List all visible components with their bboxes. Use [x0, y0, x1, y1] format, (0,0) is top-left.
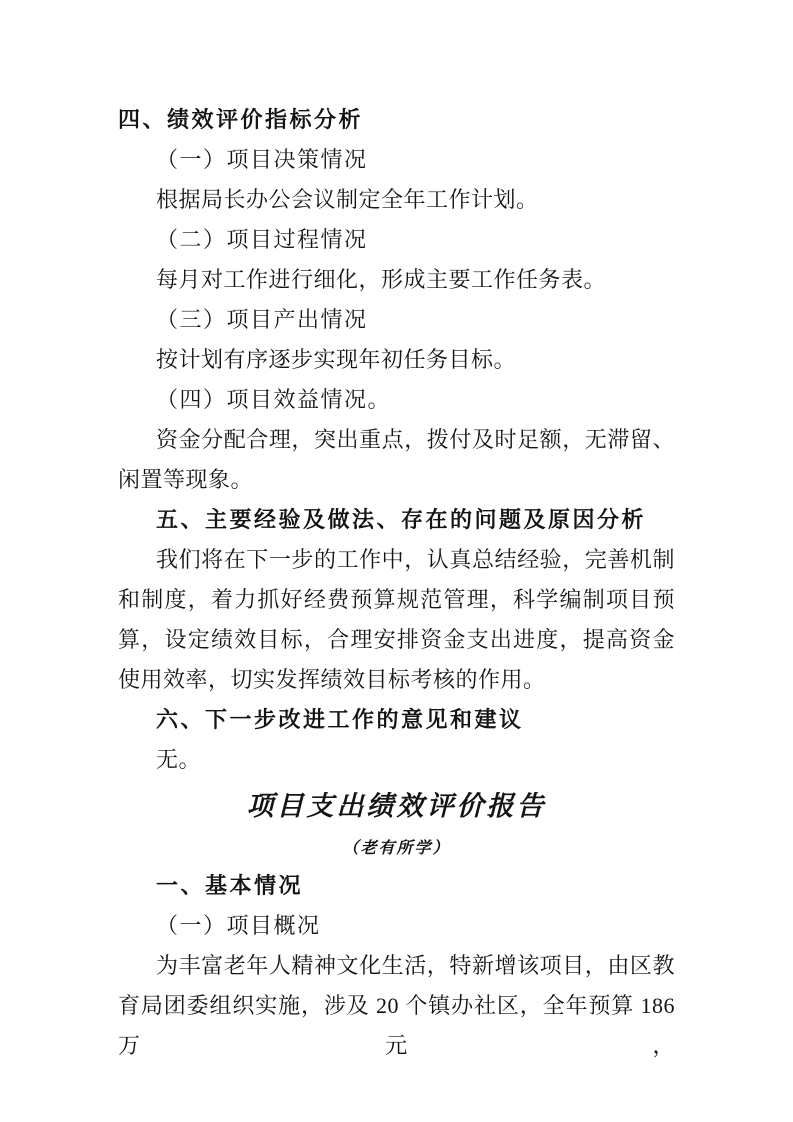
report-title: 项目支出绩效评价报告: [118, 780, 675, 832]
body-paragraph-decision-detail: 根据局长办公会议制定全年工作计划。: [118, 180, 675, 220]
body-paragraph-overview-detail: 为丰富老年人精神文化生活，特新增该项目，由区教育局团委组织实施，涉及 20 个镇…: [118, 946, 675, 1066]
report-subtitle: （老有所学）: [118, 832, 675, 866]
section-heading-performance-indicator-analysis: 四、绩效评价指标分析: [118, 100, 675, 140]
body-paragraph-experience-detail: 我们将在下一步的工作中，认真总结经验，完善机制和制度，着力抓好经费预算规范管理，…: [118, 540, 675, 700]
subheading-project-overview: （一）项目概况: [118, 906, 675, 946]
body-paragraph-benefit-detail: 资金分配合理，突出重点，拨付及时足额，无滞留、闲置等现象。: [118, 420, 675, 500]
body-paragraph-none: 无。: [118, 740, 675, 780]
body-paragraph-output-detail: 按计划有序逐步实现年初任务目标。: [118, 340, 675, 380]
section-heading-basic-situation: 一、基本情况: [118, 866, 675, 906]
subheading-project-output: （三）项目产出情况: [118, 300, 675, 340]
body-paragraph-process-detail: 每月对工作进行细化，形成主要工作任务表。: [118, 260, 675, 300]
subheading-project-decision: （一）项目决策情况: [118, 140, 675, 180]
section-heading-experience-and-problems: 五、主要经验及做法、存在的问题及原因分析: [118, 500, 675, 540]
section-heading-improvement-suggestions: 六、下一步改进工作的意见和建议: [118, 700, 675, 740]
subheading-project-process: （二）项目过程情况: [118, 220, 675, 260]
document-page: 四、绩效评价指标分析 （一）项目决策情况 根据局长办公会议制定全年工作计划。 （…: [0, 0, 793, 1122]
subheading-project-benefit: （四）项目效益情况。: [118, 380, 675, 420]
